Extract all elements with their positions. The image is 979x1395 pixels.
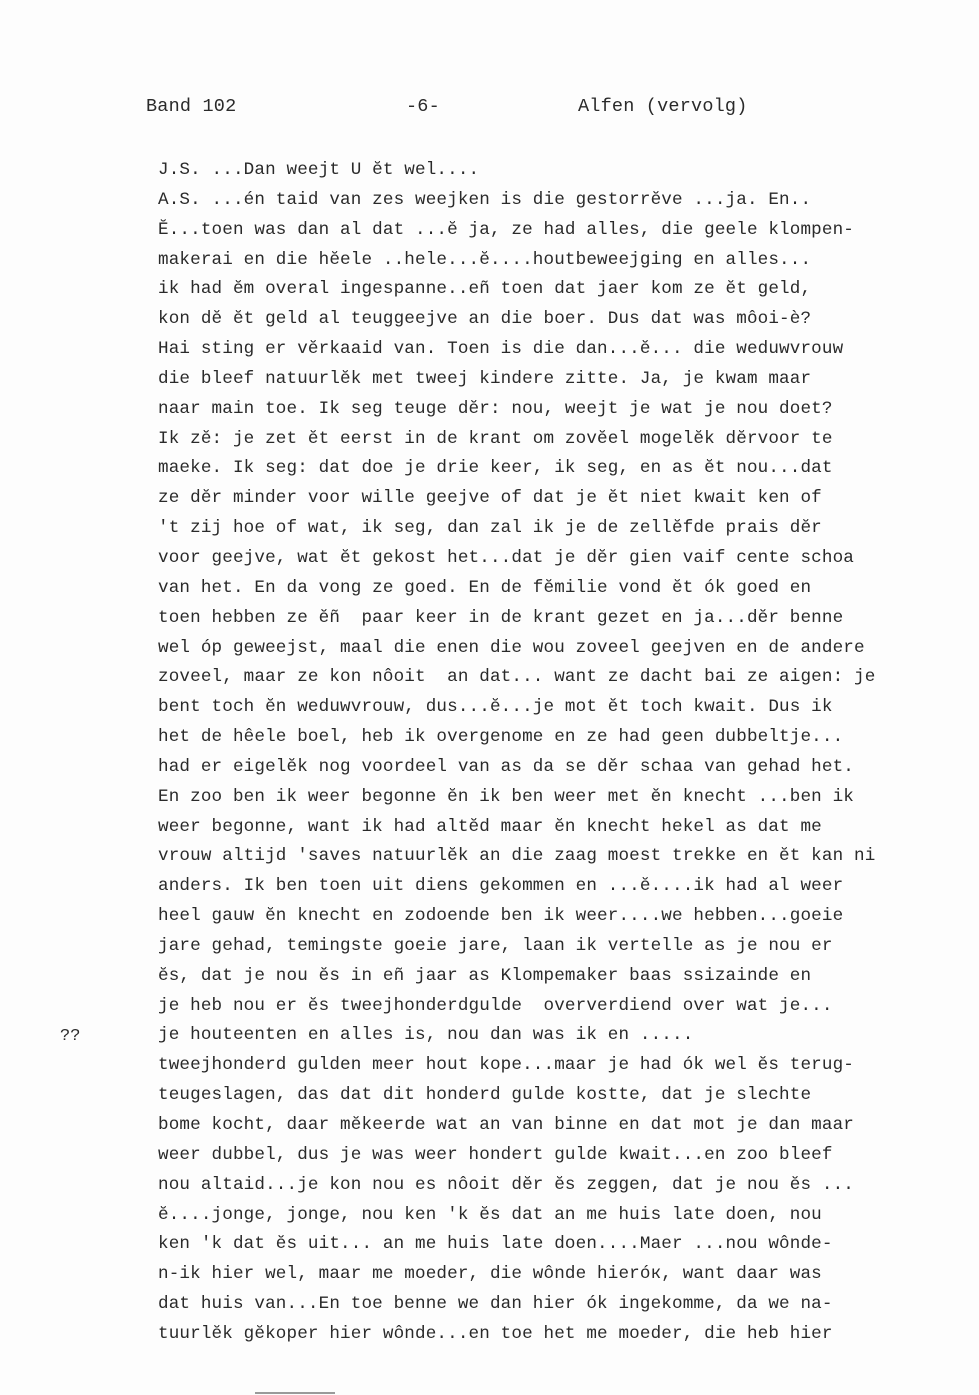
transcript-line: Hai sting er vĕrkaaid van. Toen is die d… xyxy=(158,337,979,367)
transcript-line: maeke. Ik seg: dat doe je drie keer, ik … xyxy=(158,456,979,486)
typewritten-page: Band 102 -6- Alfen (vervolg) ?? J.S. ...… xyxy=(0,0,979,1395)
transcript-line: ĕ....jonge, jonge, nou ken 'k ĕs dat an … xyxy=(158,1203,979,1233)
transcript-line: van het. En da vong ze goed. En de fĕmil… xyxy=(158,576,979,606)
transcript-line: weer dubbel, dus je was weer hondert gul… xyxy=(158,1143,979,1173)
margin-annotation: ?? xyxy=(60,1027,80,1046)
transcript-line: je heb nou er ĕs tweejhonderdgulde overv… xyxy=(158,994,979,1024)
page-number: -6- xyxy=(406,96,440,117)
transcript-line: het de hêele boel, heb ik overgenome en … xyxy=(158,725,979,755)
band-label: Band 102 xyxy=(146,96,236,117)
transcript-line: vrouw altijd 'saves natuurlĕk an die zaa… xyxy=(158,844,979,874)
transcript-line: ik had ĕm overal ingespanne..eñ toen dat… xyxy=(158,277,979,307)
transcript-line: naar main toe. Ik seg teuge dĕr: nou, we… xyxy=(158,397,979,427)
transcript-line: ken 'k dat ĕs uit... an me huis late doe… xyxy=(158,1232,979,1262)
transcript-line: makerai en die hĕele ..hele...ĕ....houtb… xyxy=(158,248,979,278)
transcript-line: A.S. ...én taid van zes weejken is die g… xyxy=(158,188,979,218)
transcript-line: je houteenten en alles is, nou dan was i… xyxy=(158,1023,979,1053)
transcript-line: had er eigelĕk nog voordeel van as da se… xyxy=(158,755,979,785)
transcript-line: dat huis van...En toe benne we dan hier … xyxy=(158,1292,979,1322)
transcript-line: jare gehad, temingste goeie jare, laan i… xyxy=(158,934,979,964)
transcript-line: die bleef natuurlĕk met tweej kindere zi… xyxy=(158,367,979,397)
page-header: Band 102 -6- Alfen (vervolg) xyxy=(146,96,786,120)
footer-rule xyxy=(255,1392,335,1394)
transcript-line: nou altaid...je kon nou es nôoit dĕr ĕs … xyxy=(158,1173,979,1203)
transcript-line: ze dĕr minder voor wille geejve of dat j… xyxy=(158,486,979,516)
transcript-line: tuurlĕk gĕkoper hier wônde...en toe het … xyxy=(158,1322,979,1352)
transcript-line: n-ik hier wel, maar me moeder, die wônde… xyxy=(158,1262,979,1292)
place-title: Alfen (vervolg) xyxy=(578,96,748,117)
transcript-line: kon dĕ ĕt geld al teuggeejve an die boer… xyxy=(158,307,979,337)
transcript-line: En zoo ben ik weer begonne ĕn ik ben wee… xyxy=(158,785,979,815)
transcript-line: wel óp geweejst, maal die enen die wou z… xyxy=(158,636,979,666)
transcript-line: J.S. ...Dan weejt U ĕt wel.... xyxy=(158,158,979,188)
transcript-line: teugeslagen, das dat dit honderd gulde k… xyxy=(158,1083,979,1113)
transcript-line: 't zij hoe of wat, ik seg, dan zal ik je… xyxy=(158,516,979,546)
transcript-line: anders. Ik ben toen uit diens gekommen e… xyxy=(158,874,979,904)
transcript-line: tweejhonderd gulden meer hout kope...maa… xyxy=(158,1053,979,1083)
transcript-body: J.S. ...Dan weejt U ĕt wel....A.S. ...én… xyxy=(158,158,979,1352)
transcript-line: bent toch ĕn weduwvrouw, dus...ĕ...je mo… xyxy=(158,695,979,725)
transcript-line: Ik zĕ: je zet ĕt eerst in de krant om zo… xyxy=(158,427,979,457)
transcript-line: weer begonne, want ik had altĕd maar ĕn … xyxy=(158,815,979,845)
transcript-line: toen hebben ze ĕñ paar keer in de krant … xyxy=(158,606,979,636)
transcript-line: voor geejve, wat ĕt gekost het...dat je … xyxy=(158,546,979,576)
transcript-line: heel gauw ĕn knecht en zodoende ben ik w… xyxy=(158,904,979,934)
transcript-line: Ĕ...toen was dan al dat ...ĕ ja, ze had … xyxy=(158,218,979,248)
transcript-line: bome kocht, daar mĕkeerde wat an van bin… xyxy=(158,1113,979,1143)
transcript-line: ĕs, dat je nou ĕs in eñ jaar as Klompema… xyxy=(158,964,979,994)
transcript-line: zoveel, maar ze kon nôoit an dat... want… xyxy=(158,665,979,695)
